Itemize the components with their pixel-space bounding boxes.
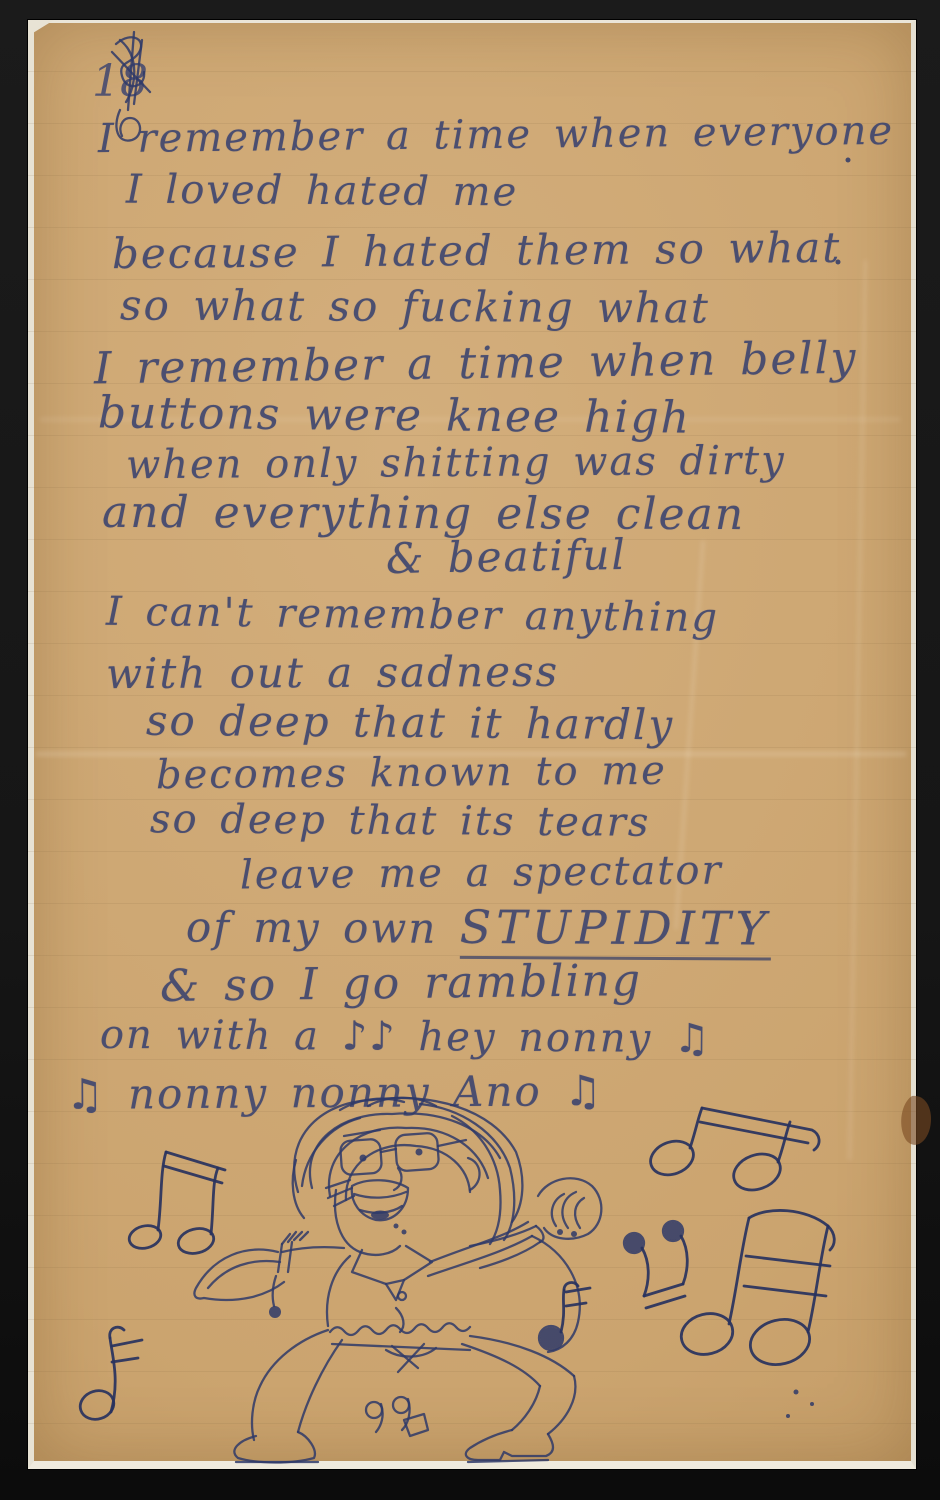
manuscript-line: so what so fucking what (120, 280, 710, 332)
manuscript-line: when only shitting was dirty (126, 438, 786, 489)
line-text: so what so fucking what (120, 280, 710, 332)
line-text-emphasis: STUPIDITY (460, 900, 771, 961)
line-text: and everything else clean (102, 487, 745, 540)
line-text: of my own (186, 902, 460, 952)
manuscript-line: so deep that its tears (150, 796, 651, 845)
line-text: buttons were knee high (98, 387, 691, 443)
manuscript-line: of my own STUPIDITY (186, 898, 771, 955)
manuscript-line: leave me a spectator (240, 847, 723, 898)
manuscript-line: because I hated them so what (112, 223, 842, 278)
manuscript-line: and everything else clean (102, 487, 745, 540)
manuscript-line: I can't remember anything (106, 589, 719, 641)
manuscript-line: with out a sadness (106, 647, 559, 698)
manuscript-line: on with a ♪♪ hey nonny ♫ (100, 1012, 712, 1062)
line-text: & beatiful (386, 530, 628, 583)
manuscript-line: buttons were knee high (98, 387, 691, 443)
manuscript-scan: I remember a time when everyone I loved … (0, 0, 940, 1500)
line-text: leave me a spectator (240, 847, 723, 898)
manuscript-line: becomes known to me (156, 748, 667, 798)
line-text: on with a ♪♪ hey nonny ♫ (100, 1012, 712, 1062)
line-text: so deep that its tears (150, 796, 651, 845)
line-text: because I hated them so what (112, 223, 842, 278)
line-text: I remember a time when belly (94, 333, 858, 395)
manuscript-line: I remember a time when belly (94, 333, 858, 395)
line-text: so deep that it hardly (146, 696, 675, 750)
line-text: I loved hated me (126, 167, 519, 216)
line-text: with out a sadness (106, 647, 559, 698)
manuscript-line: ♫ nonny nonny Ano ♫ (66, 1066, 604, 1119)
line-text: I can't remember anything (106, 589, 719, 641)
manuscript-line: I loved hated me (126, 167, 519, 216)
line-text: ♫ nonny nonny Ano ♫ (66, 1066, 604, 1119)
line-text: I remember a time when everyone (98, 108, 894, 162)
manuscript-line: & beatiful (386, 530, 628, 583)
manuscript-line: I remember a time when everyone (98, 108, 894, 162)
manuscript-line: & so I go rambling (160, 955, 643, 1012)
line-text: & so I go rambling (160, 955, 643, 1012)
line-text: becomes known to me (156, 748, 667, 798)
manuscript-line: so deep that it hardly (146, 696, 675, 750)
line-text: when only shitting was dirty (126, 438, 786, 489)
